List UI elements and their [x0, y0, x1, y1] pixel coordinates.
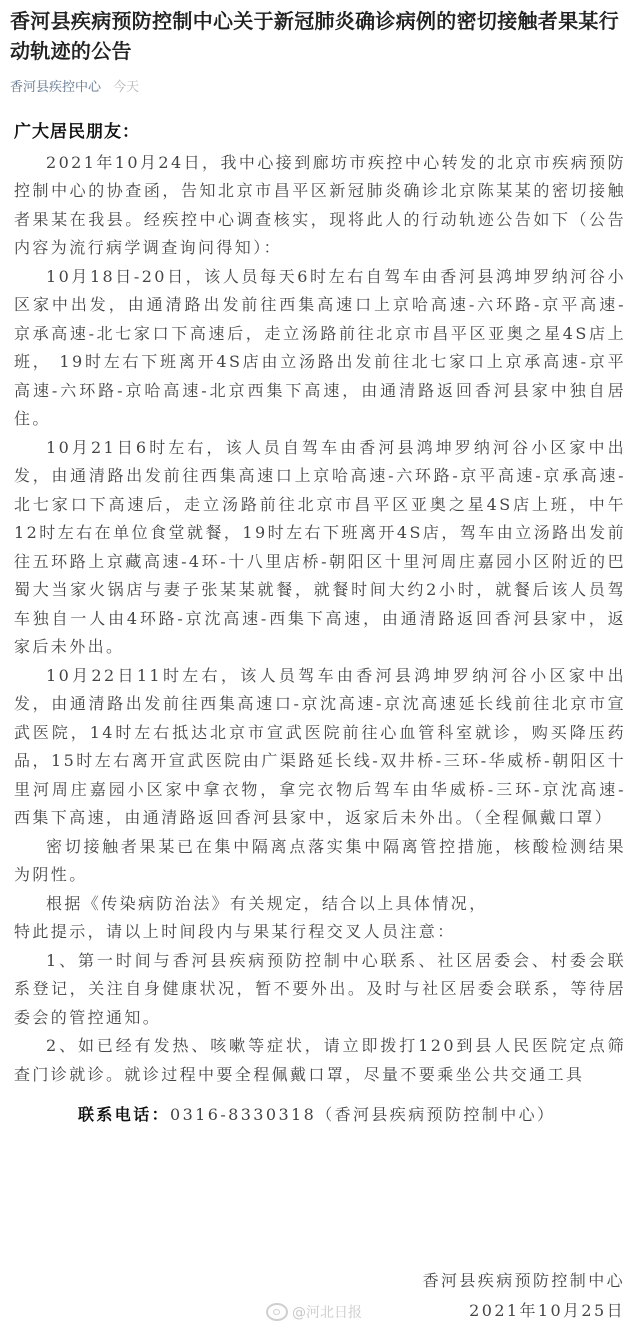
publish-time: 今天: [113, 80, 139, 95]
contact-phone: 0316-8330318（香河县疾病预防控制中心）: [170, 1105, 555, 1124]
author-link[interactable]: 香河县疾控中心: [10, 80, 101, 95]
contact-label: 联系电话：: [78, 1105, 170, 1124]
notice-item-2: 2、如已经有发热、咳嗽等症状，请立即拨打120到县人民医院定点筛查门诊就诊。就诊…: [14, 1032, 626, 1089]
weibo-icon: [266, 1303, 288, 1321]
signature: 香河县疾病预防控制中心 2021年10月25日: [423, 1266, 625, 1326]
paragraph-oct18-20: 10月18日-20日，该人员每天6时左右自驾车由香河县鸿坤罗纳河谷小区家中出发，…: [14, 263, 626, 434]
article-header: 香河县疾病预防控制中心关于新冠肺炎确诊病例的密切接触者果某行动轨迹的公告 香河县…: [0, 0, 641, 95]
paragraph-oct22: 10月22日11时左右，该人员驾车由香河县鸿坤罗纳河谷小区家中出发，由通清路出发…: [14, 662, 626, 833]
watermark-text: @河北日报: [292, 1302, 362, 1322]
signature-org: 香河县疾病预防控制中心: [423, 1266, 625, 1296]
notice-line: 特此提示，请以上时间段内与果某行程交叉人员注意：: [14, 918, 626, 947]
watermark: @河北日报: [266, 1302, 362, 1322]
notice-item-1: 1、第一时间与香河县疾病预防控制中心联系、社区居委会、村委会联系登记，关注自身健…: [14, 947, 626, 1033]
article-title: 香河县疾病预防控制中心关于新冠肺炎确诊病例的密切接触者果某行动轨迹的公告: [10, 6, 631, 66]
paragraph-intro: 2021年10月24日，我中心接到廊坊市疾控中心转发的北京市疾病预防控制中心的协…: [14, 149, 626, 263]
announcement-body: 广大居民朋友： 2021年10月24日，我中心接到廊坊市疾控中心转发的北京市疾病…: [14, 118, 626, 1130]
article-meta: 香河县疾控中心 今天: [10, 76, 631, 95]
contact-line: 联系电话：0316-8330318（香河县疾病预防控制中心）: [14, 1101, 626, 1130]
paragraph-oct21: 10月21日6时左右，该人员自驾车由香河县鸿坤罗纳河谷小区家中出发，由通清路出发…: [14, 434, 626, 662]
signature-date: 2021年10月25日: [423, 1296, 625, 1326]
paragraph-law: 根据《传染病防治法》有关规定，结合以上具体情况，: [14, 890, 626, 919]
salutation: 广大居民朋友：: [14, 118, 626, 147]
paragraph-quarantine: 密切接触者果某已在集中隔离点落实集中隔离管控措施，核酸检测结果为阴性。: [14, 833, 626, 890]
